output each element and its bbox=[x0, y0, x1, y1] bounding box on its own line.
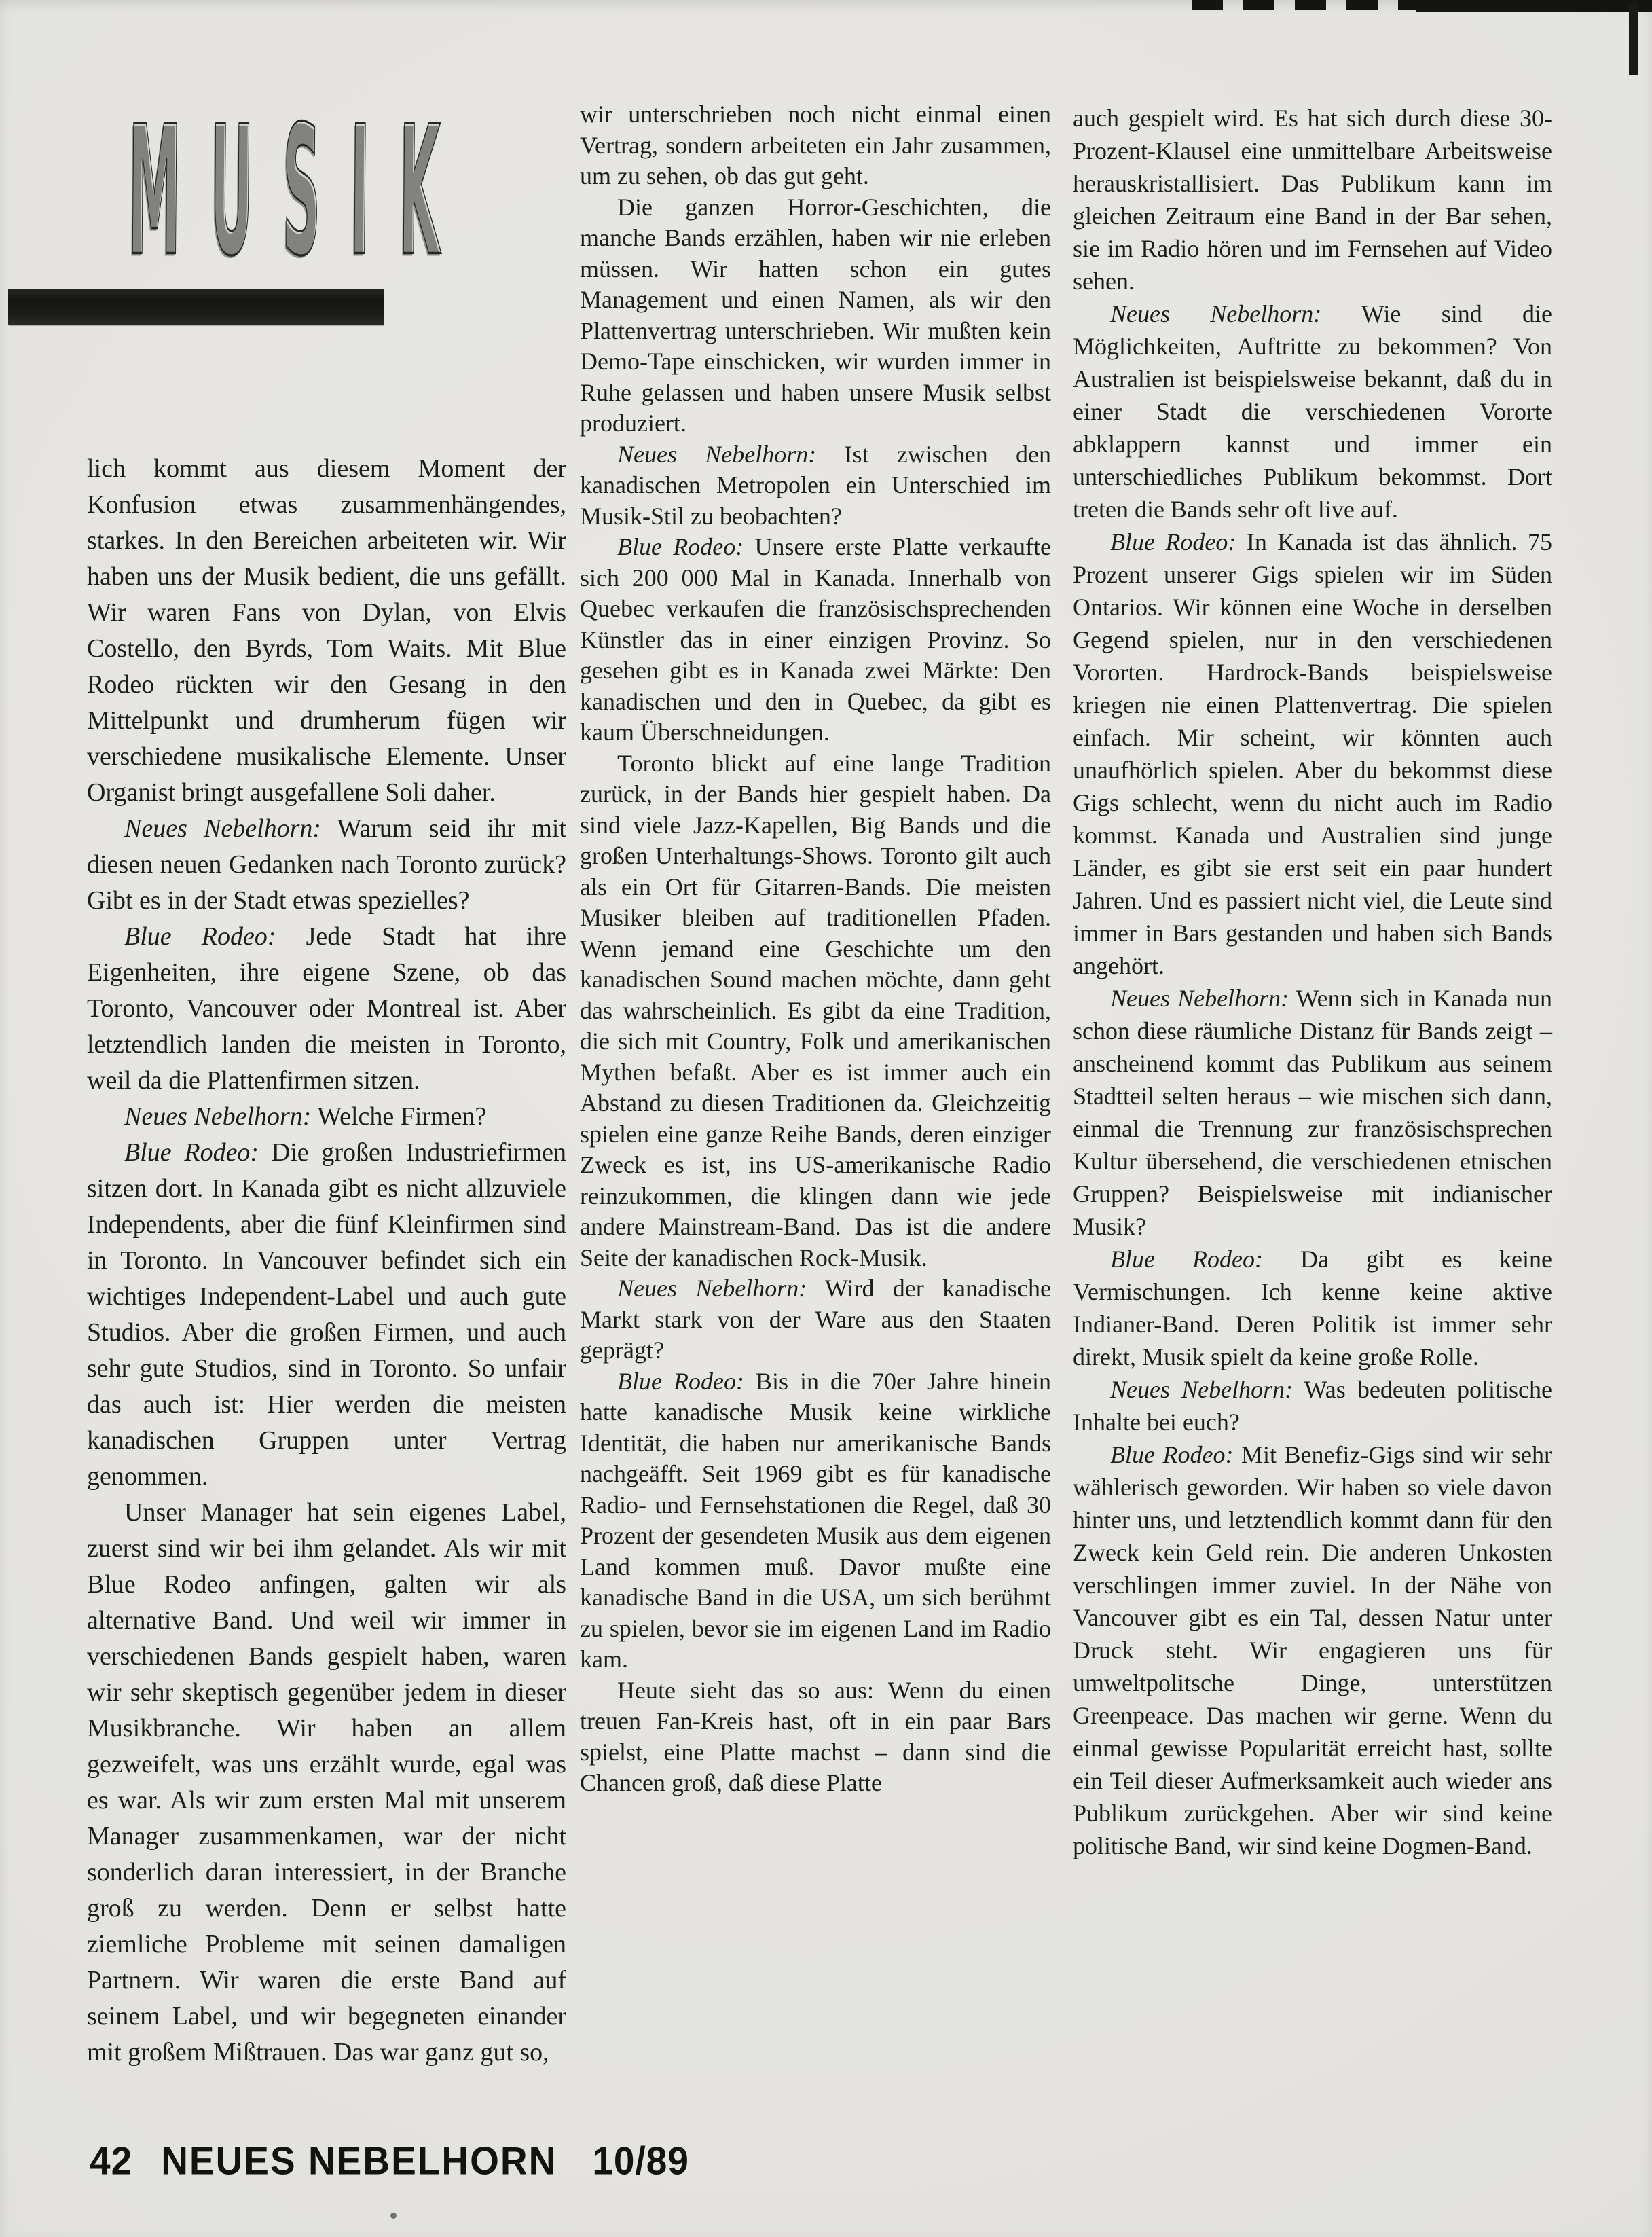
paragraph-text: Wenn sich in Kanada nun schon diese räum… bbox=[1073, 985, 1552, 1240]
article-column-1: lich kommt aus diesem Moment der Konfusi… bbox=[87, 451, 566, 2071]
paragraph: Neues Nebelhorn: Warum seid ihr mit dies… bbox=[87, 811, 566, 919]
paragraph: Blue Rodeo: Da gibt es keine Vermischung… bbox=[1073, 1243, 1552, 1373]
speaker-label: Blue Rodeo: bbox=[1110, 1441, 1233, 1468]
paragraph: Die ganzen Horror-Geschichten, die manch… bbox=[580, 192, 1051, 439]
issue-number: 10/89 bbox=[592, 2138, 689, 2183]
speaker-label: Neues Nebelhorn: bbox=[1110, 1376, 1293, 1403]
paragraph-text: wir unterschrieben noch nicht einmal ein… bbox=[580, 101, 1051, 189]
paragraph-text: Die ganzen Horror-Geschichten, die manch… bbox=[580, 194, 1051, 437]
paragraph: Unser Manager hat sein eigenes Label, zu… bbox=[87, 1495, 566, 2071]
paragraph-text: auch gespielt wird. Es hat sich durch di… bbox=[1073, 105, 1552, 295]
paragraph-text: In Kanada ist das ähnlich. 75 Prozent un… bbox=[1073, 528, 1552, 979]
paragraph: Blue Rodeo: Jede Stadt hat ihre Eigenhei… bbox=[87, 919, 566, 1099]
magazine-title: NEUES NEBELHORN bbox=[161, 2138, 557, 2183]
paragraph: Neues Nebelhorn: Wie sind die Möglichkei… bbox=[1073, 297, 1552, 526]
speaker-label: Neues Nebelhorn: bbox=[617, 441, 816, 468]
speaker-label: Blue Rodeo: bbox=[1110, 1245, 1263, 1273]
paragraph: Blue Rodeo: Mit Benefiz-Gigs sind wir se… bbox=[1073, 1438, 1552, 1862]
paragraph-text: Toronto blickt auf eine lange Tradition … bbox=[580, 750, 1051, 1271]
paragraph-text: Unsere erste Platte verkaufte sich 200 0… bbox=[580, 533, 1051, 746]
paragraph-text: Die großen Industriefirmen sitzen dort. … bbox=[87, 1138, 566, 1491]
speaker-label: Neues Nebelhorn: bbox=[124, 814, 321, 843]
paragraph: Neues Nebelhorn: Ist zwischen den kanadi… bbox=[580, 439, 1051, 532]
paragraph-text: Bis in die 70er Jahre hinein hatte kanad… bbox=[580, 1368, 1051, 1673]
paragraph-text: Wie sind die Möglichkeiten, Auftritte zu… bbox=[1073, 300, 1552, 523]
section-header-text: MUSIK bbox=[128, 87, 471, 295]
paragraph: Neues Nebelhorn: Was bedeuten politische… bbox=[1073, 1373, 1552, 1438]
scan-speck bbox=[390, 2213, 397, 2219]
paragraph: Neues Nebelhorn: Wenn sich in Kanada nun… bbox=[1073, 982, 1552, 1243]
scan-artifact-top-dashes bbox=[1192, 0, 1422, 10]
speaker-label: Neues Nebelhorn: bbox=[617, 1275, 807, 1302]
speaker-label: Neues Nebelhorn: bbox=[1110, 985, 1289, 1012]
paragraph: Neues Nebelhorn: Welche Firmen? bbox=[87, 1099, 566, 1135]
paragraph: Blue Rodeo: Unsere erste Platte verkauft… bbox=[580, 532, 1051, 748]
scan-artifact-right-line bbox=[1629, 3, 1638, 75]
paragraph-text: Unser Manager hat sein eigenes Label, zu… bbox=[87, 1498, 566, 2067]
decorative-black-bar bbox=[8, 289, 384, 325]
section-header-musik: MUSIK bbox=[129, 87, 536, 277]
paragraph-text: Heute sieht das so aus: Wenn du einen tr… bbox=[580, 1677, 1051, 1797]
speaker-label: Blue Rodeo: bbox=[617, 533, 744, 560]
paragraph: lich kommt aus diesem Moment der Konfusi… bbox=[87, 451, 566, 811]
speaker-label: Neues Nebelhorn: bbox=[1110, 300, 1321, 327]
page-footer: 42 NEUES NEBELHORN 10/89 bbox=[90, 2138, 689, 2183]
article-column-2: wir unterschrieben noch nicht einmal ein… bbox=[580, 99, 1051, 1799]
speaker-label: Blue Rodeo: bbox=[124, 922, 276, 951]
page-number: 42 bbox=[90, 2138, 132, 2183]
speaker-label: Neues Nebelhorn: bbox=[124, 1102, 311, 1131]
speaker-label: Blue Rodeo: bbox=[1110, 528, 1236, 556]
paragraph: wir unterschrieben noch nicht einmal ein… bbox=[580, 99, 1051, 192]
paragraph: Blue Rodeo: In Kanada ist das ähnlich. 7… bbox=[1073, 526, 1552, 982]
speaker-label: Blue Rodeo: bbox=[617, 1368, 744, 1395]
paragraph-text: Welche Firmen? bbox=[311, 1102, 486, 1131]
paragraph: Toronto blickt auf eine lange Tradition … bbox=[580, 748, 1051, 1274]
paragraph: Blue Rodeo: Bis in die 70er Jahre hinein… bbox=[580, 1366, 1051, 1675]
paragraph: Blue Rodeo: Die großen Industriefirmen s… bbox=[87, 1135, 566, 1495]
paragraph: auch gespielt wird. Es hat sich durch di… bbox=[1073, 102, 1552, 297]
speaker-label: Blue Rodeo: bbox=[124, 1138, 259, 1167]
paragraph: Heute sieht das so aus: Wenn du einen tr… bbox=[580, 1675, 1051, 1799]
paragraph: Neues Nebelhorn: Wird der kanadische Mar… bbox=[580, 1273, 1051, 1366]
scan-artifact-top-solid bbox=[1416, 0, 1652, 12]
article-column-3: auch gespielt wird. Es hat sich durch di… bbox=[1073, 102, 1552, 1862]
paragraph-text: lich kommt aus diesem Moment der Konfusi… bbox=[87, 454, 566, 807]
magazine-page: MUSIK lich kommt aus diesem Moment der K… bbox=[0, 0, 1652, 2237]
paragraph-text: Mit Benefiz-Gigs sind wir sehr wählerisc… bbox=[1073, 1441, 1552, 1859]
